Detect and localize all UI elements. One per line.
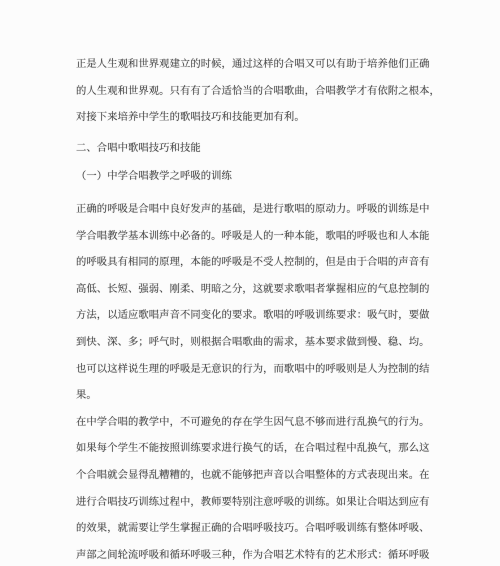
text-line: 正是人生观和世界观建立的时候，通过这样的合唱又可以有助于培养他们正确 [76,52,446,79]
text-line: 学合唱教学基本训练中必备的。呼吸是人的一种本能，歌唱的呼吸也和人本能 [76,224,446,251]
text-line: 的呼吸具有相同的原理，本能的呼吸是不受人控制的，但是由于合唱的声音有 [76,250,446,277]
text-line: 如果每个学生不能按照训练要求进行换气的话，在合唱过程中乱换气，那么这 [76,436,446,463]
section-heading-text: 二、合唱中歌唱技巧和技能 [76,136,446,163]
text-line: 的人生观和世界观。只有有了合适恰当的合唱歌曲，合唱教学才有依附之根本， [76,79,446,106]
text-line: 高低、长短、强弱、刚柔、明暗之分，这就要求歌唱者掌握相应的气息控制的 [76,277,446,304]
paragraph-breathing-training: 正确的呼吸是合唱中良好发声的基础，是进行歌唱的原动力。呼吸的训练是中 学合唱教学… [76,197,446,410]
subsection-heading-text: （一）中学合唱教学之呼吸的训练 [76,164,446,191]
subsection-heading: （一）中学合唱教学之呼吸的训练 [76,164,446,191]
text-line: 声部之间轮流呼吸和循环呼吸三种，作为合唱艺术特有的艺术形式：循环呼吸 [76,543,446,566]
section-heading: 二、合唱中歌唱技巧和技能 [76,136,446,163]
text-line: 对接下来培养中学生的歌唱技巧和技能更加有利。 [76,105,446,132]
text-line: 也可以这样说生理的呼吸是无意识的行为，而歌唱中的呼吸则是人为控制的结 [76,357,446,384]
text-line: 的效果，就需要让学生掌握正确的合唱呼吸技巧。合唱呼吸训练有整体呼吸、 [76,516,446,543]
text-line: 在中学合唱的教学中，不可避免的存在学生因气息不够而进行乱换气的行为。 [76,410,446,437]
document-text-column: 正是人生观和世界观建立的时候，通过这样的合唱又可以有助于培养他们正确 的人生观和… [76,52,446,566]
text-line: 进行合唱技巧训练过程中，教师要特别注意呼吸的训练。如果让合唱达到应有 [76,490,446,517]
text-line: 方法，以适应歌唱声音不同变化的要求。歌唱的呼吸训练要求：吸气时，要做 [76,303,446,330]
text-line: 个合唱就会显得乱糟糟的，也就不能够把声音以合唱整体的方式表现出来。在 [76,463,446,490]
document-page: 正是人生观和世界观建立的时候，通过这样的合唱又可以有助于培养他们正确 的人生观和… [0,0,500,566]
text-line: 果。 [76,383,446,410]
text-line: 到快、深、多；呼气时，则根据合唱歌曲的需求，基本要求做到慢、稳、均。 [76,330,446,357]
paragraph-intro: 正是人生观和世界观建立的时候，通过这样的合唱又可以有助于培养他们正确 的人生观和… [76,52,446,132]
text-line: 正确的呼吸是合唱中良好发声的基础，是进行歌唱的原动力。呼吸的训练是中 [76,197,446,224]
paragraph-breath-change: 在中学合唱的教学中，不可避免的存在学生因气息不够而进行乱换气的行为。 如果每个学… [76,410,446,566]
